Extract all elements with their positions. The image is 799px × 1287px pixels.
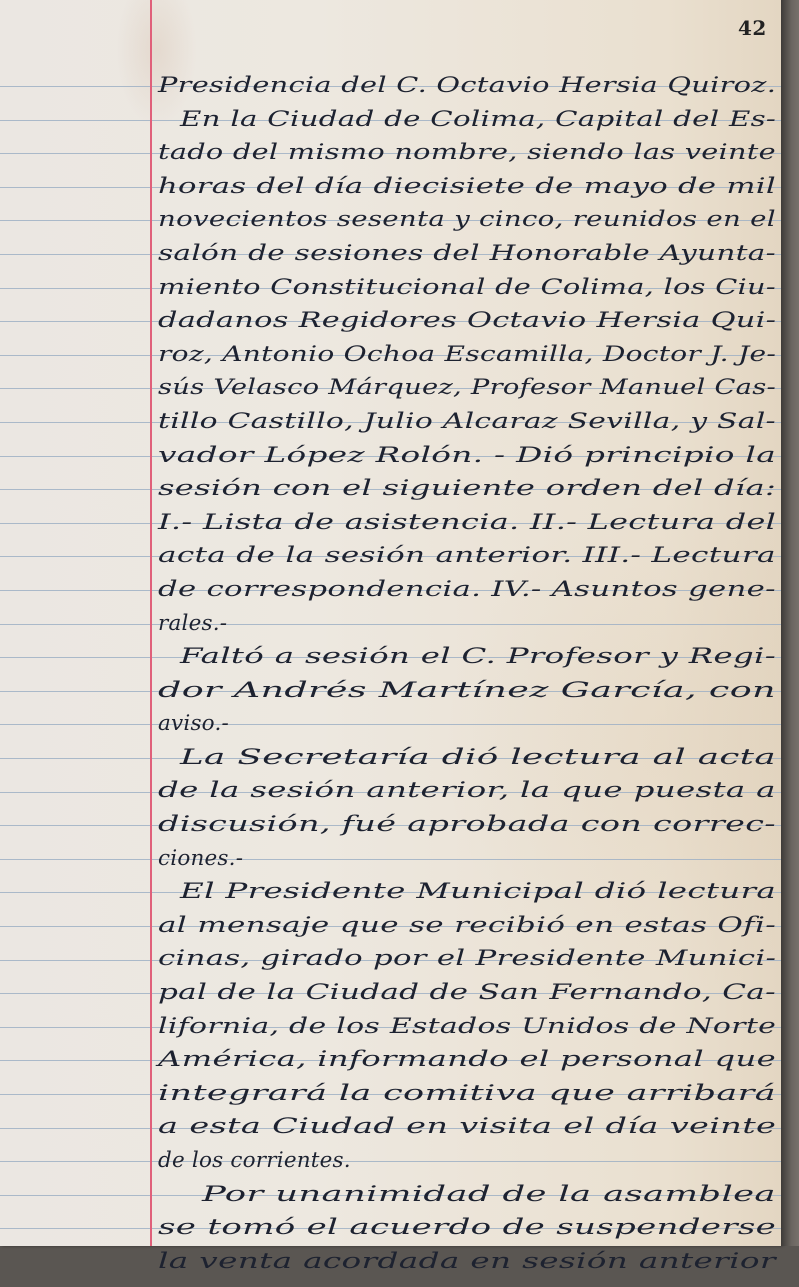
text-line: miento Constitucional de Colima, los Ciu… — [158, 271, 776, 305]
text-line: sesión con el siguiente orden del día: — [158, 472, 776, 506]
text-line: El Presidente Municipal dió lectura — [180, 875, 776, 909]
text-line: de los corrientes. — [158, 1144, 351, 1178]
text-line: horas del día diecisiete de mayo de mil — [158, 170, 776, 204]
text-line: se tomó el acuerdo de suspenderse — [158, 1211, 776, 1245]
page-number: 42 — [738, 16, 767, 40]
text-line: I.- Lista de asistencia. II.- Lectura de… — [158, 506, 776, 540]
ledger-page: 42 Presidencia del C. Octavio Hersia Qui… — [0, 0, 781, 1246]
text-line: dadanos Regidores Octavio Hersia Qui- — [158, 304, 776, 338]
text-line: roz, Antonio Ochoa Escamilla, Doctor J. … — [158, 338, 776, 372]
text-line: cinas, girado por el Presidente Munici- — [158, 942, 776, 976]
text-line: Presidencia del C. Octavio Hersia Quiroz… — [158, 69, 776, 103]
text-line: tado del mismo nombre, siendo las veinte — [158, 136, 776, 170]
text-line: ciones.- — [158, 842, 243, 876]
text-line: sús Velasco Márquez, Profesor Manuel Cas… — [158, 371, 776, 405]
text-line: al mensaje que se recibió en estas Ofi- — [158, 909, 776, 943]
text-line: salón de sesiones del Honorable Ayunta- — [158, 237, 776, 271]
text-line: integrará la comitiva que arribará — [158, 1077, 776, 1111]
text-line: En la Ciudad de Colima, Capital del Es- — [180, 103, 776, 137]
red-margin-line — [150, 0, 152, 1246]
text-line-row: discusión, fué aprobada con correc- — [158, 817, 784, 851]
text-line: La Secretaría dió lectura al acta — [180, 741, 776, 775]
text-line: de correspondencia. IV.- Asuntos gene- — [158, 573, 776, 607]
text-line: tillo Castillo, Julio Alcaraz Sevilla, y… — [158, 405, 776, 439]
text-line: discusión, fué aprobada con correc- — [158, 808, 776, 842]
text-line: América, informando el personal que — [158, 1043, 776, 1077]
book-page-edge — [781, 0, 799, 1246]
text-line: dor Andrés Martínez García, con — [158, 674, 776, 708]
text-line: acta de la sesión anterior. III.- Lectur… — [158, 539, 776, 573]
text-line: rales.- — [158, 607, 227, 641]
text-line: Faltó a sesión el C. Profesor y Regi- — [180, 640, 776, 674]
text-line: aviso.- — [158, 707, 229, 741]
text-line-row: dor Andrés Martínez García, con — [158, 683, 784, 717]
text-line: pal de la Ciudad de San Fernando, Ca- — [158, 976, 776, 1010]
text-line: Por unanimidad de la asamblea — [202, 1178, 776, 1212]
handwritten-text-block: Presidencia del C. Octavio Hersia Quiroz… — [158, 78, 784, 1246]
text-line-row: se tomó el acuerdo de suspenderse — [158, 1220, 784, 1246]
text-line: a esta Ciudad en visita el día veinte — [158, 1110, 776, 1144]
agenda-line: de correspondencia. IV.- Asuntos gene- — [158, 582, 784, 616]
text-line: lifornia, de los Estados Unidos de Norte — [158, 1010, 776, 1044]
text-line: de la sesión anterior, la que puesta a — [158, 774, 776, 808]
text-line: vador López Rolón. - Dió principio la — [158, 439, 776, 473]
text-line: novecientos sesenta y cinco, reunidos en… — [158, 203, 776, 237]
